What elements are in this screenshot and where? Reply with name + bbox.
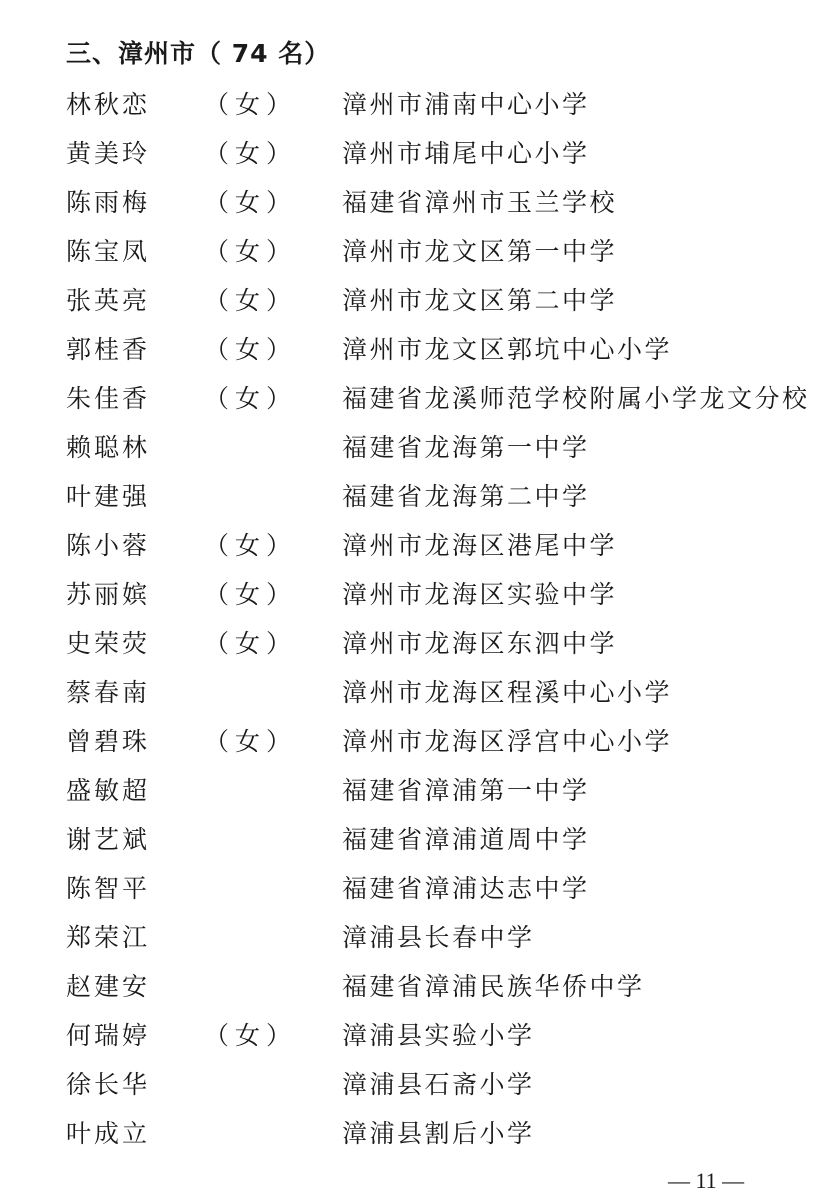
list-item: 曾碧珠（女）漳州市龙海区浮宫中心小学: [66, 717, 806, 766]
school-name: 漳州市埔尾中心小学: [342, 129, 590, 178]
list-item: 苏丽嫔（女）漳州市龙海区实验中学: [66, 570, 806, 619]
list-item: 林秋恋（女）漳州市浦南中心小学: [66, 80, 806, 129]
school-name: 漳州市龙文区第一中学: [342, 227, 617, 276]
person-name: 黄美玲: [66, 129, 150, 178]
school-name: 福建省漳浦道周中学: [342, 815, 590, 864]
gender-note: （女）: [204, 129, 297, 178]
person-name: 陈小蓉: [66, 521, 150, 570]
gender-note: （女）: [204, 570, 297, 619]
list-item: 陈宝凤（女）漳州市龙文区第一中学: [66, 227, 806, 276]
gender-note: （女）: [204, 1011, 297, 1060]
list-item: 徐长华漳浦县石斋小学: [66, 1060, 806, 1109]
school-name: 漳州市龙海区程溪中心小学: [342, 668, 672, 717]
list-item: 赵建安福建省漳浦民族华侨中学: [66, 962, 806, 1011]
list-item: 赖聪林福建省龙海第一中学: [66, 423, 806, 472]
gender-note: （女）: [204, 276, 297, 325]
person-name: 谢艺斌: [66, 815, 150, 864]
school-name: 福建省龙溪师范学校附属小学龙文分校: [342, 374, 810, 423]
section-heading: 三、漳州市（ 74 名）: [66, 34, 330, 70]
honoree-list: 林秋恋（女）漳州市浦南中心小学 黄美玲（女）漳州市埔尾中心小学 陈雨梅（女）福建…: [66, 80, 806, 1158]
person-name: 林秋恋: [66, 80, 150, 129]
school-name: 漳浦县长春中学: [342, 913, 535, 962]
school-name: 福建省龙海第二中学: [342, 472, 590, 521]
person-name: 陈雨梅: [66, 178, 150, 227]
gender-note: （女）: [204, 178, 297, 227]
list-item: 陈雨梅（女）福建省漳州市玉兰学校: [66, 178, 806, 227]
school-name: 福建省漳浦达志中学: [342, 864, 590, 913]
person-name: 叶成立: [66, 1109, 150, 1158]
gender-note: （女）: [204, 80, 297, 129]
list-item: 郑荣江漳浦县长春中学: [66, 913, 806, 962]
school-name: 福建省漳州市玉兰学校: [342, 178, 617, 227]
list-item: 陈小蓉（女）漳州市龙海区港尾中学: [66, 521, 806, 570]
list-item: 陈智平福建省漳浦达志中学: [66, 864, 806, 913]
list-item: 史荣荧（女）漳州市龙海区东泗中学: [66, 619, 806, 668]
gender-note: （女）: [204, 374, 297, 423]
person-name: 赵建安: [66, 962, 150, 1011]
gender-note: （女）: [204, 619, 297, 668]
person-name: 郭桂香: [66, 325, 150, 374]
school-name: 漳州市龙文区郭坑中心小学: [342, 325, 672, 374]
school-name: 福建省龙海第一中学: [342, 423, 590, 472]
person-name: 何瑞婷: [66, 1011, 150, 1060]
person-name: 徐长华: [66, 1060, 150, 1109]
school-name: 福建省漳浦第一中学: [342, 766, 590, 815]
school-name: 漳州市龙文区第二中学: [342, 276, 617, 325]
list-item: 张英亮（女）漳州市龙文区第二中学: [66, 276, 806, 325]
list-item: 盛敏超福建省漳浦第一中学: [66, 766, 806, 815]
school-name: 漳州市龙海区浮宫中心小学: [342, 717, 672, 766]
gender-note: （女）: [204, 717, 297, 766]
school-name: 漳州市浦南中心小学: [342, 80, 590, 129]
person-name: 蔡春南: [66, 668, 150, 717]
person-name: 苏丽嫔: [66, 570, 150, 619]
page-number: — 11 —: [668, 1168, 744, 1194]
gender-note: （女）: [204, 227, 297, 276]
school-name: 漳州市龙海区港尾中学: [342, 521, 617, 570]
list-item: 谢艺斌福建省漳浦道周中学: [66, 815, 806, 864]
gender-note: （女）: [204, 521, 297, 570]
person-name: 叶建强: [66, 472, 150, 521]
school-name: 漳浦县割后小学: [342, 1109, 535, 1158]
list-item: 叶成立漳浦县割后小学: [66, 1109, 806, 1158]
school-name: 福建省漳浦民族华侨中学: [342, 962, 645, 1011]
list-item: 蔡春南漳州市龙海区程溪中心小学: [66, 668, 806, 717]
person-name: 张英亮: [66, 276, 150, 325]
person-name: 陈智平: [66, 864, 150, 913]
list-item: 黄美玲（女）漳州市埔尾中心小学: [66, 129, 806, 178]
person-name: 曾碧珠: [66, 717, 150, 766]
gender-note: （女）: [204, 325, 297, 374]
school-name: 漳浦县石斋小学: [342, 1060, 535, 1109]
person-name: 郑荣江: [66, 913, 150, 962]
school-name: 漳州市龙海区东泗中学: [342, 619, 617, 668]
list-item: 朱佳香（女）福建省龙溪师范学校附属小学龙文分校: [66, 374, 806, 423]
list-item: 叶建强福建省龙海第二中学: [66, 472, 806, 521]
person-name: 赖聪林: [66, 423, 150, 472]
person-name: 朱佳香: [66, 374, 150, 423]
person-name: 盛敏超: [66, 766, 150, 815]
person-name: 史荣荧: [66, 619, 150, 668]
school-name: 漳浦县实验小学: [342, 1011, 535, 1060]
school-name: 漳州市龙海区实验中学: [342, 570, 617, 619]
list-item: 郭桂香（女）漳州市龙文区郭坑中心小学: [66, 325, 806, 374]
person-name: 陈宝凤: [66, 227, 150, 276]
list-item: 何瑞婷（女）漳浦县实验小学: [66, 1011, 806, 1060]
